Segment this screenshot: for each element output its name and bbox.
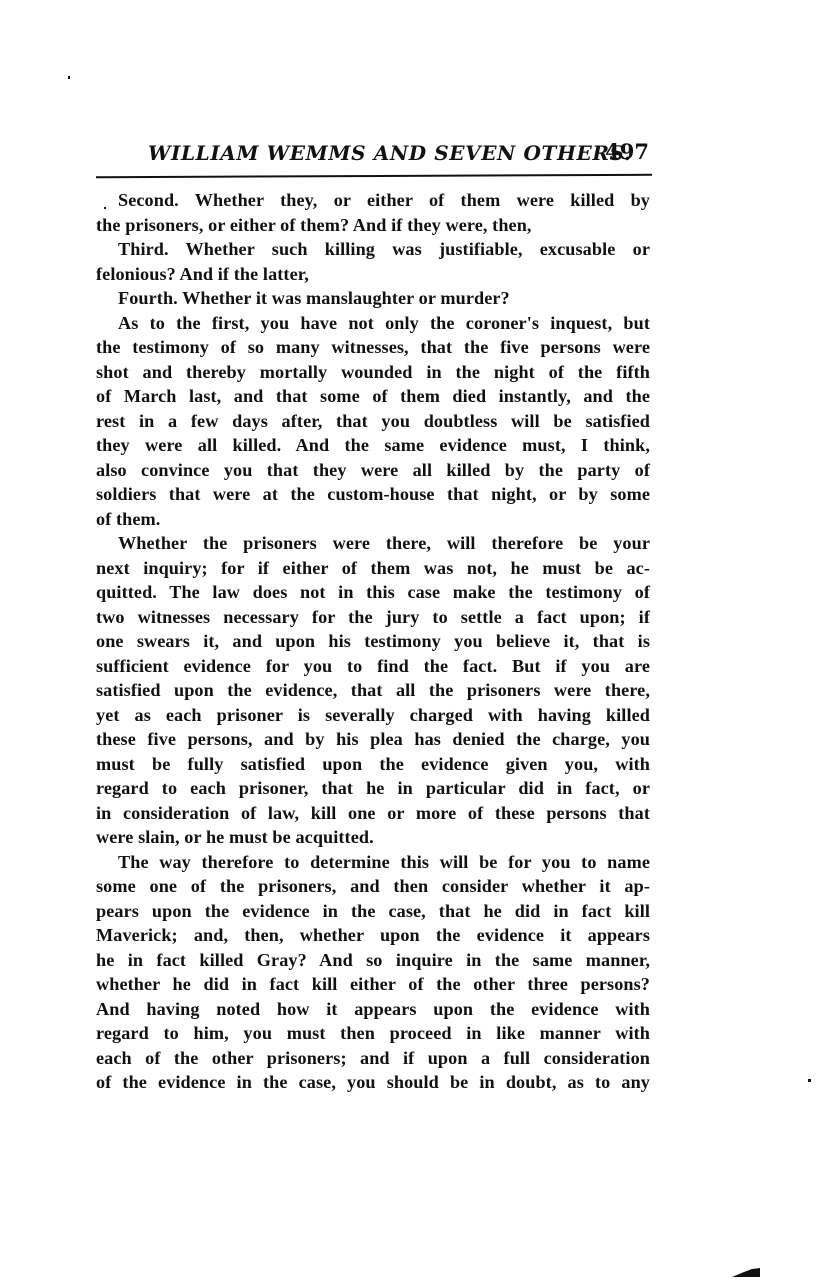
- text-line: the prisoners, or either of them? And if…: [96, 213, 650, 238]
- text-line: satisfied upon the evidence, that all th…: [96, 678, 650, 703]
- running-title: WILLIAM WEMMS AND SEVEN OTHERS.: [148, 141, 631, 165]
- text-line: next inquiry; for if either of them was …: [96, 556, 650, 581]
- scan-speck: [104, 207, 106, 209]
- text-line: rest in a few days after, that you doubt…: [96, 409, 650, 434]
- text-line: of March last, and that some of them die…: [96, 384, 650, 409]
- text-line: these five persons, and by his plea has …: [96, 727, 650, 752]
- text-line: Fourth. Whether it was manslaughter or m…: [96, 286, 650, 311]
- text-line: regard to each prisoner, that he in part…: [96, 776, 650, 801]
- text-line: some one of the prisoners, and then cons…: [96, 874, 650, 899]
- text-line: The way therefore to determine this will…: [96, 850, 650, 875]
- scanned-book-page: WILLIAM WEMMS AND SEVEN OTHERS. 497 Seco…: [0, 0, 836, 1284]
- scan-speck: [808, 1079, 811, 1082]
- scan-artifact-mark: [732, 1268, 760, 1277]
- text-line: Whether the prisoners were there, will t…: [96, 531, 650, 556]
- text-line: one swears it, and upon his testimony yo…: [96, 629, 650, 654]
- page-number: 497: [605, 139, 649, 164]
- text-line: he in fact killed Gray? And so inquire i…: [96, 948, 650, 973]
- text-line: regard to him, you must then proceed in …: [96, 1021, 650, 1046]
- text-line: were slain, or he must be acquitted.: [96, 825, 650, 850]
- text-line: two witnesses necessary for the jury to …: [96, 605, 650, 630]
- text-line: yet as each prisoner is severally charge…: [96, 703, 650, 728]
- text-line: soldiers that were at the custom-house t…: [96, 482, 650, 507]
- text-line: whether he did in fact kill either of th…: [96, 972, 650, 997]
- text-line: they were all killed. And the same evide…: [96, 433, 650, 458]
- text-line: And having noted how it appears upon the…: [96, 997, 650, 1022]
- text-line: of the evidence in the case, you should …: [96, 1070, 650, 1095]
- text-line: felonious? And if the latter,: [96, 262, 650, 287]
- text-line: in consideration of law, kill one or mor…: [96, 801, 650, 826]
- text-line: As to the first, you have not only the c…: [96, 311, 650, 336]
- text-line: also convince you that they were all kil…: [96, 458, 650, 483]
- text-line: each of the other prisoners; and if upon…: [96, 1046, 650, 1071]
- text-line: quitted. The law does not in this case m…: [96, 580, 650, 605]
- body-text: Second. Whether they, or either of them …: [96, 188, 650, 1095]
- text-line: of them.: [96, 507, 650, 532]
- text-line: Second. Whether they, or either of them …: [96, 188, 650, 213]
- text-line: Third. Whether such killing was justifia…: [96, 237, 650, 262]
- text-line: sufficient evidence for you to find the …: [96, 654, 650, 679]
- text-line: must be fully satisfied upon the evidenc…: [96, 752, 650, 777]
- header-rule: [96, 174, 652, 178]
- scan-speck: [68, 76, 70, 79]
- text-line: pears upon the evidence in the case, tha…: [96, 899, 650, 924]
- text-line: shot and thereby mortally wounded in the…: [96, 360, 650, 385]
- text-line: Maverick; and, then, whether upon the ev…: [96, 923, 650, 948]
- text-line: the testimony of so many witnesses, that…: [96, 335, 650, 360]
- running-head: WILLIAM WEMMS AND SEVEN OTHERS. 497: [96, 141, 649, 171]
